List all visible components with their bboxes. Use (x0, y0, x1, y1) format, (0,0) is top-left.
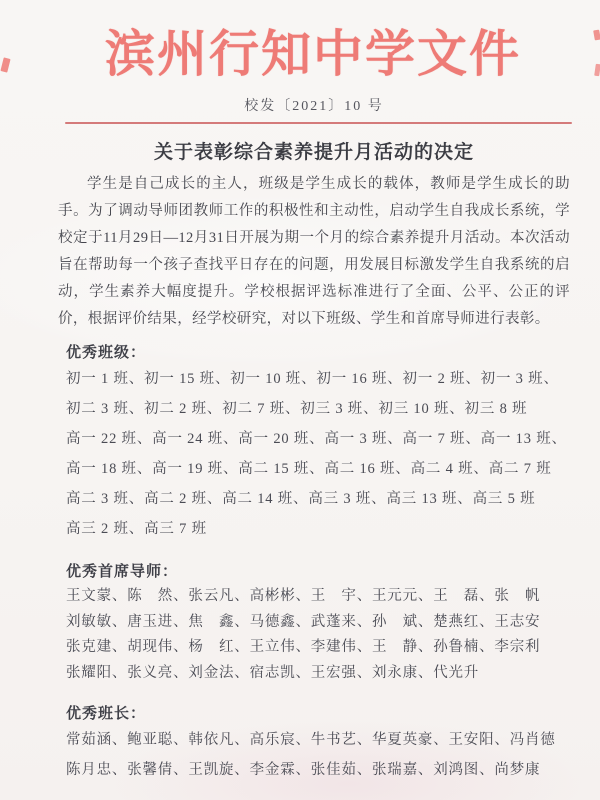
class-list-line: 高二 3 班、高二 2 班、高二 14 班、高三 3 班、高三 13 班、高三 … (66, 484, 570, 514)
letterhead-title: 滨州行知中学文件 (58, 26, 568, 82)
section-heading-chief-mentors: 优秀首席导师： (66, 560, 570, 581)
letterhead-divider (65, 122, 572, 124)
class-list-line: 初二 3 班、初二 2 班、初二 7 班、初三 3 班、初三 10 班、初三 8… (66, 394, 570, 424)
document-title: 关于表彰综合素养提升月活动的决定 (58, 137, 570, 164)
section-heading-excellent-classes: 优秀班级： (66, 341, 570, 362)
monitor-name-line: 陈月忠、张馨倩、王凯旋、李金霖、张佳茹、张瑞嘉、刘鸿图、尚梦康 (66, 755, 570, 785)
class-list-line: 初一 1 班、初一 15 班、初一 10 班、初一 16 班、初一 2 班、初一… (66, 364, 570, 394)
mentor-name-line: 张克建、胡现伟、杨 红、王立伟、李建伟、王 静、孙鲁楠、李宗利 (66, 635, 570, 661)
scan-artifact (594, 64, 600, 77)
section-class-monitors: 优秀班长： 常茹涵、鲍亚聪、韩依凡、高乐宸、牛书艺、华夏英豪、王安阳、冯肖德 陈… (66, 702, 570, 785)
class-list-line: 高三 2 班、高三 7 班 (66, 514, 570, 544)
class-list-line: 高一 22 班、高一 24 班、高一 20 班、高一 3 班、高一 7 班、高一… (66, 424, 570, 454)
monitor-name-line: 常茹涵、鲍亚聪、韩依凡、高乐宸、牛书艺、华夏英豪、王安阳、冯肖德 (66, 725, 570, 755)
section-chief-mentors: 优秀首席导师： 王文蒙、陈 然、张云凡、高彬彬、王 宇、王元元、王 磊、张 帆 … (66, 560, 570, 686)
section-heading-class-monitors: 优秀班长： (66, 702, 570, 723)
mentor-name-line: 张耀阳、张义亮、刘金法、宿志凯、王宏强、刘永康、代光升 (66, 661, 570, 687)
class-list-line: 高一 18 班、高一 19 班、高二 15 班、高二 16 班、高二 4 班、高… (66, 454, 570, 484)
document-number: 校发〔2021〕10 号 (58, 95, 570, 115)
mentor-name-line: 刘敏敏、唐玉进、焦 鑫、马德鑫、武蓬来、孙 斌、楚燕红、王志安 (66, 610, 570, 636)
scan-artifact (593, 30, 600, 41)
scan-artifact (0, 57, 10, 72)
mentor-name-line: 王文蒙、陈 然、张云凡、高彬彬、王 宇、王元元、王 磊、张 帆 (66, 584, 570, 610)
body-paragraph: 学生是自己成长的主人，班级是学生成长的载体，教师是学生成长的助手。为了调动导师团… (58, 171, 570, 333)
document-page: 滨州行知中学文件 校发〔2021〕10 号 关于表彰综合素养提升月活动的决定 学… (0, 0, 600, 800)
section-excellent-classes: 优秀班级： 初一 1 班、初一 15 班、初一 10 班、初一 16 班、初一 … (66, 341, 570, 544)
